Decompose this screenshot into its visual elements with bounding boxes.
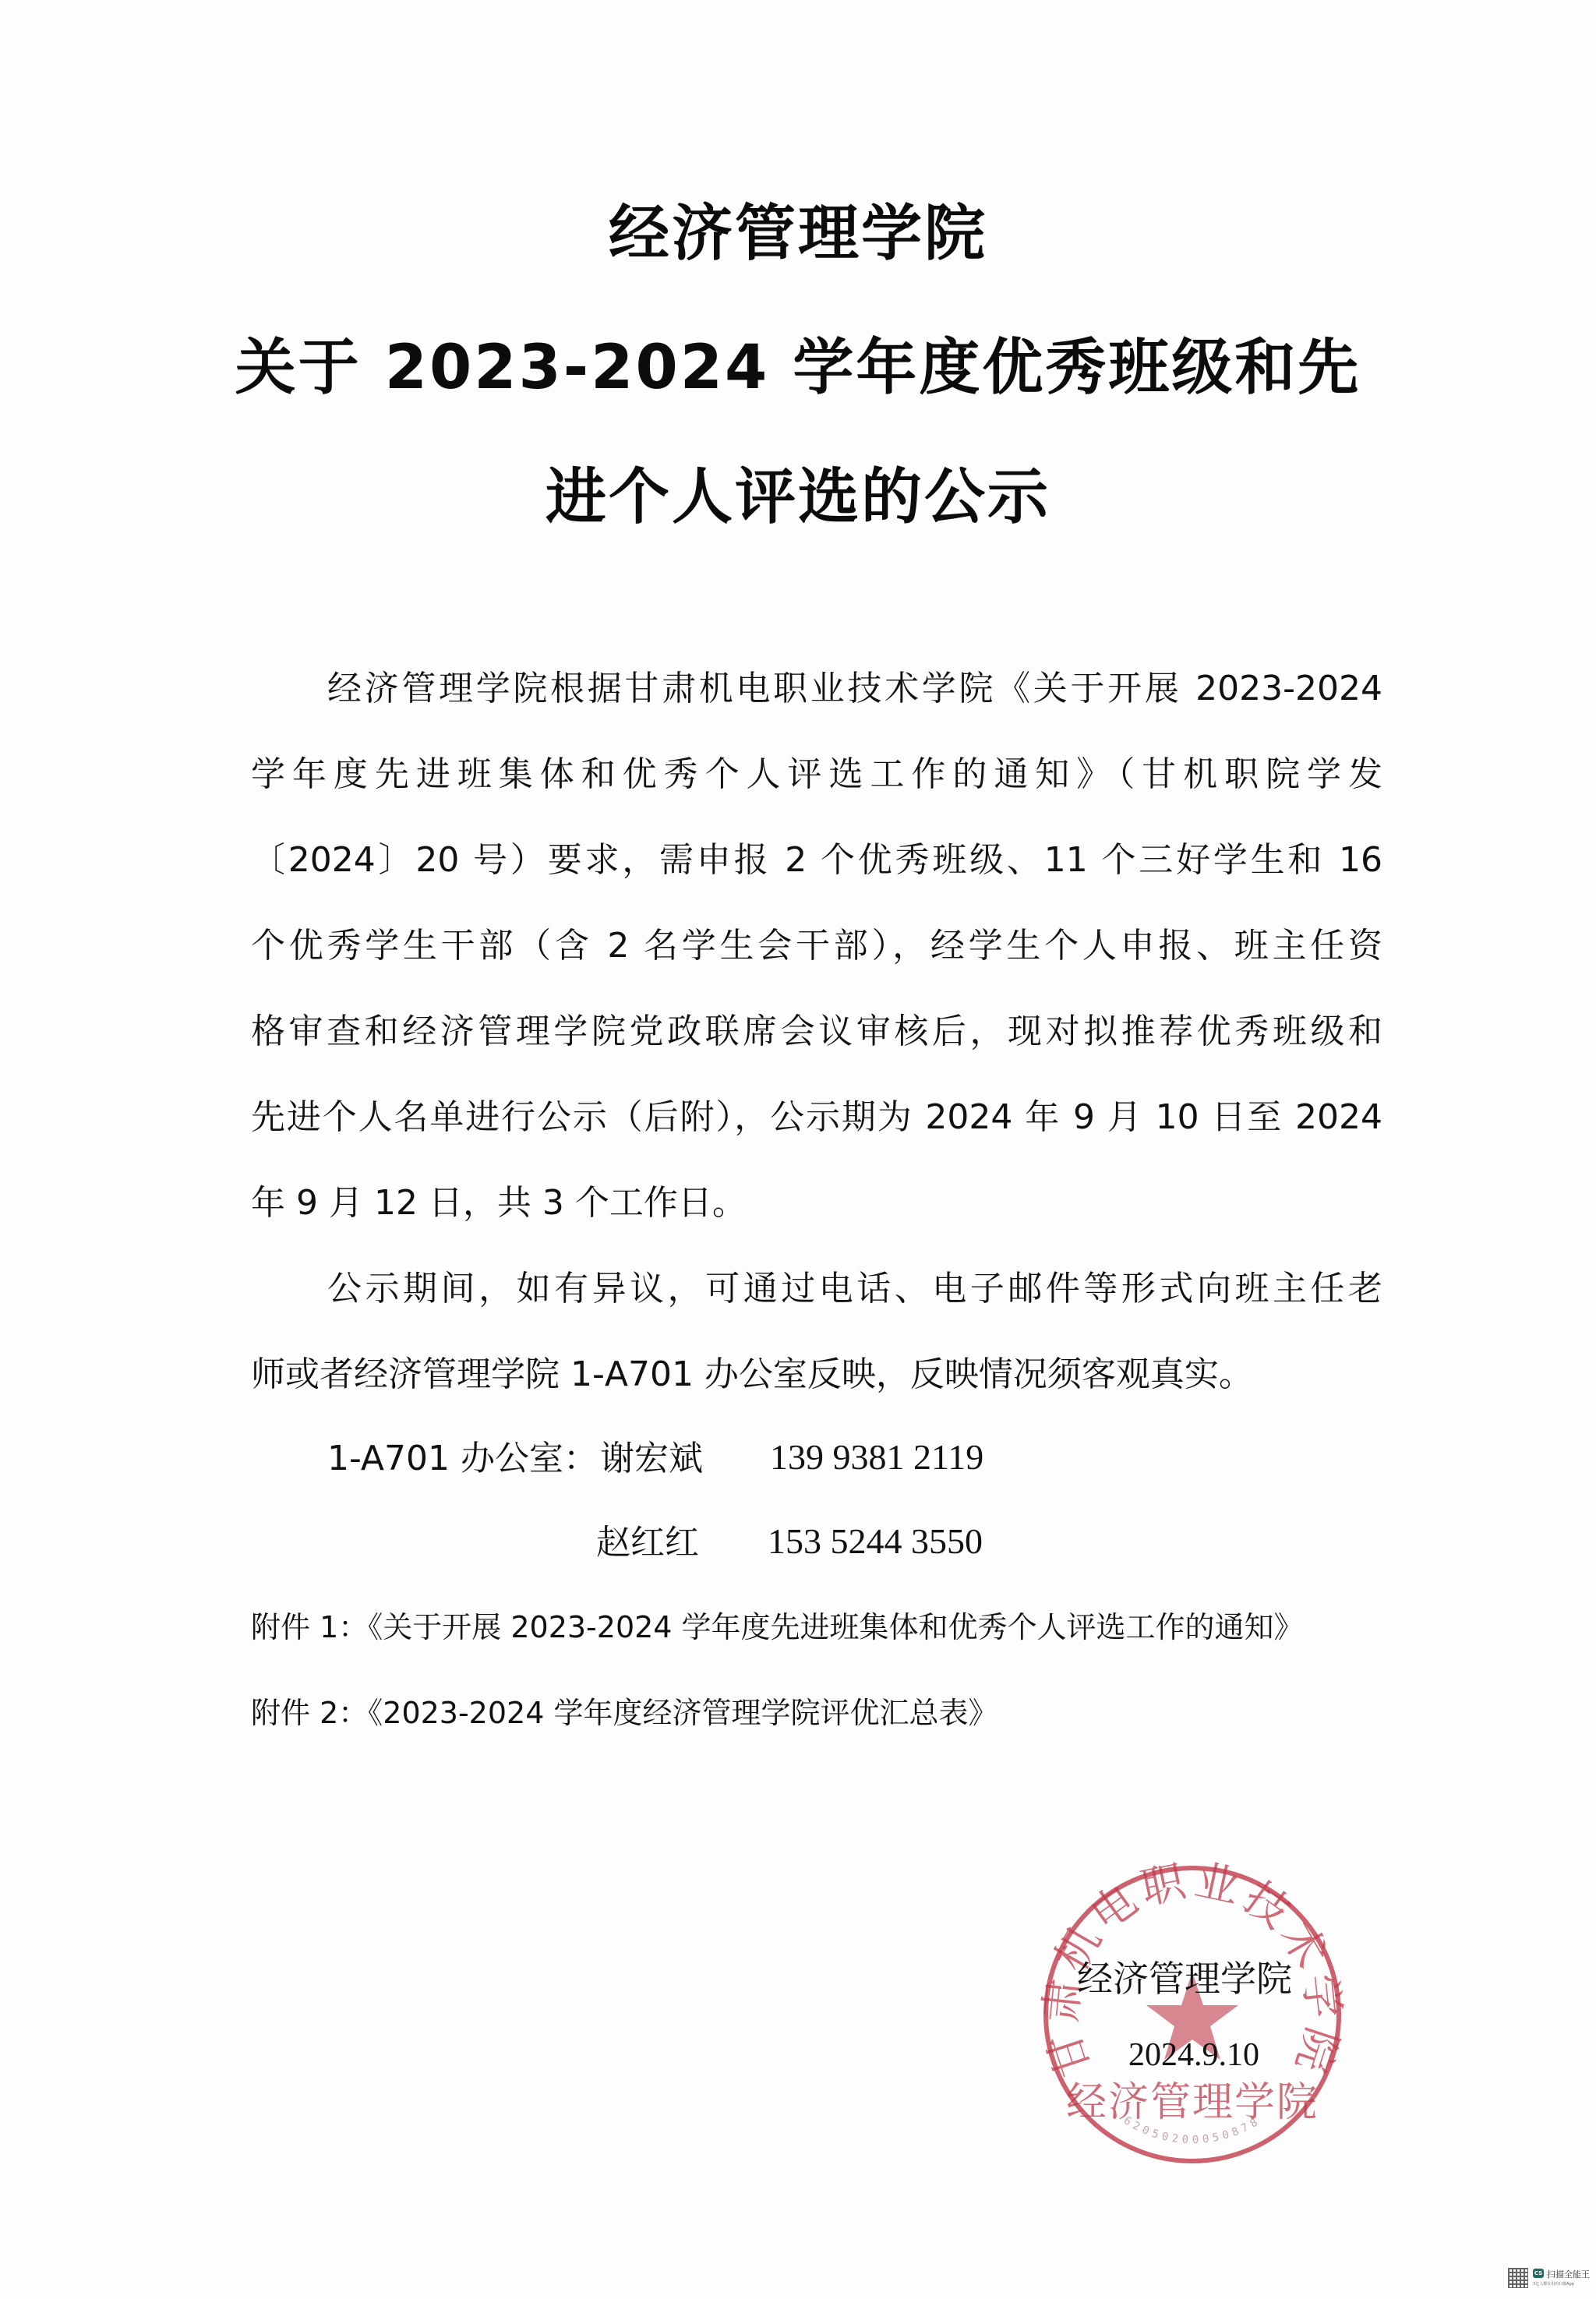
body-line: 先进个人名单进行公示（后附），公示期为 2024 年 9 月 10 日至 202… (251, 1094, 1382, 1141)
svg-text:经济管理学院: 经济管理学院 (1066, 2079, 1319, 2126)
body-line: 师或者经济管理学院 1-A701 办公室反映，反映情况须客观真实。 (251, 1351, 1382, 1398)
attachment-label: 附件 1： (251, 1610, 368, 1644)
scanner-watermark: CS 扫描全能王 3亿人都在用的扫描App (1508, 2266, 1594, 2294)
body-line: 公示期间，如有异议，可通过电话、电子邮件等形式向班主任老 (327, 1266, 1382, 1312)
body-line: 经济管理学院根据甘肃机电职业技术学院《关于开展 2023-2024 (327, 666, 1382, 712)
office-label: 1-A701 办公室： (327, 1436, 598, 1482)
qr-code-icon (1508, 2268, 1528, 2288)
body-line: 学年度先进班集体和优秀个人评选工作的通知》（甘机职院学发 (251, 751, 1382, 798)
body-line: 格审查和经济管理学院党政联席会议审核后，现对拟推荐优秀班级和 (251, 1008, 1382, 1055)
document-page: 经济管理学院 关于 2023-2024 学年度优秀班级和先 进个人评选的公示 经… (0, 0, 1596, 2299)
contact-name: 赵红红 (596, 1520, 699, 1566)
watermark-slogan: 3亿人都在用的扫描App (1533, 2281, 1574, 2287)
contact-phone: 139 9381 2119 (770, 1434, 983, 1481)
issue-date: 2024.9.10 (1128, 2036, 1259, 2074)
attachment-title: 《关于开展 2023-2024 学年度先进班集体和优秀个人评选工作的通知》 (368, 1610, 1303, 1644)
title-line-3: 进个人评选的公示 (0, 462, 1596, 532)
title-line-1: 经济管理学院 (0, 199, 1596, 269)
attachment-item: 附件 2：《2023-2024 学年度经济管理学院评优汇总表》 (251, 1693, 997, 1732)
contact-phone: 153 5244 3550 (768, 1518, 983, 1566)
contact-name: 谢宏斌 (600, 1436, 703, 1482)
attachment-title: 《2023-2024 学年度经济管理学院评优汇总表》 (368, 1696, 997, 1730)
body-line: 个优秀学生干部（含 2 名学生会干部），经学生个人申报、班主任资 (251, 923, 1382, 969)
body-line: 年 9 月 12 日，共 3 个工作日。 (251, 1180, 1382, 1227)
stamp-seal-icon: 甘肃机电职业技术学院 经济管理学院 62050200050878 (1036, 1859, 1348, 2170)
attachment-item: 附件 1：《关于开展 2023-2024 学年度先进班集体和优秀个人评选工作的通… (251, 1608, 1304, 1647)
camscanner-logo-icon: CS (1533, 2269, 1544, 2278)
phone-number: 139 9381 2119 (770, 1437, 983, 1477)
body-line: 〔2024〕20 号）要求，需申报 2 个优秀班级、11 个三好学生和 16 (251, 837, 1382, 884)
title-line-2: 关于 2023-2024 学年度优秀班级和先 (0, 333, 1596, 403)
watermark-app-name: 扫描全能王 (1547, 2268, 1590, 2280)
official-stamp: 甘肃机电职业技术学院 经济管理学院 62050200050878 经济管理学院 … (1036, 1859, 1348, 2170)
attachment-label: 附件 2： (251, 1696, 368, 1730)
issuer-name: 经济管理学院 (1077, 1951, 1292, 2002)
phone-number: 153 5244 3550 (768, 1521, 983, 1561)
